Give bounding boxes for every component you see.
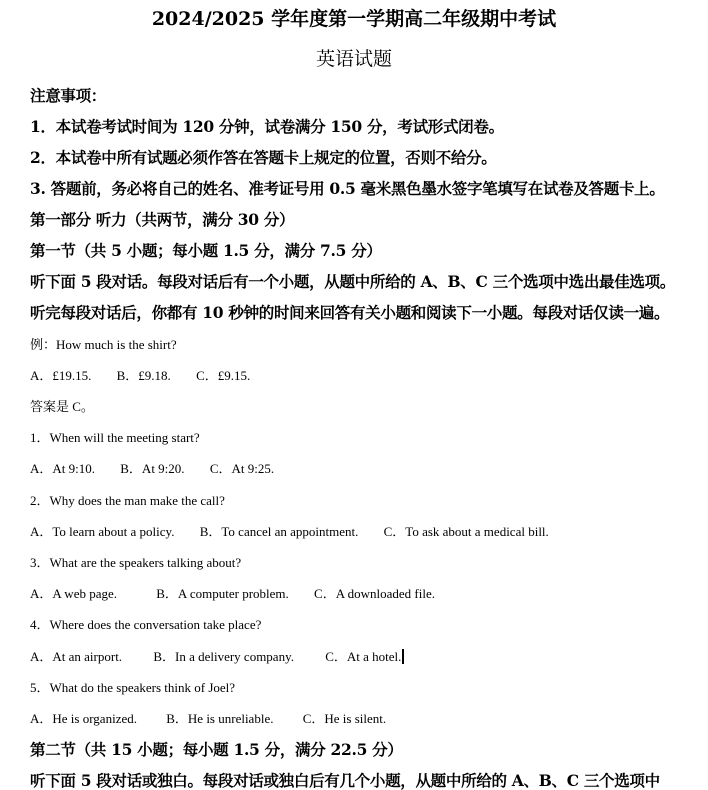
- option-a: A．A web page.: [30, 583, 117, 602]
- question-5-options: A．He is organized. B．He is unreliable. C…: [30, 708, 386, 727]
- option-b: B．A computer problem.: [156, 583, 289, 602]
- section2-heading: 第二节（共 15 小题；每小题 1.5 分，满分 22.5 分）: [30, 738, 403, 760]
- example-question: 例：How much is the shirt?: [30, 334, 177, 353]
- question-4: 4．Where does the conversation take place…: [30, 614, 261, 633]
- section2-instruction: 听下面 5 段对话或独白。每段对话或独白后有几个小题，从题中所给的 A、B、C …: [30, 769, 660, 790]
- notice-item-2: 2．本试卷中所有试题必须作答在答题卡上规定的位置，否则不给分。: [30, 146, 497, 168]
- option-a: A．To learn about a policy.: [30, 521, 174, 540]
- section1-instruction-1: 听下面 5 段对话。每段对话后有一个小题，从题中所给的 A、B、C 三个选项中选…: [30, 270, 675, 292]
- option-c: C．A downloaded file.: [314, 583, 435, 602]
- exam-title: 2024/2025 学年度第一学期高二年级期中考试: [0, 4, 708, 31]
- option-a: A．£19.15.: [30, 365, 91, 384]
- question-4-options: A．At an airport. B．In a delivery company…: [30, 646, 404, 665]
- option-c: C．At a hotel.: [325, 646, 401, 665]
- example-answer: 答案是 C。: [30, 396, 94, 415]
- option-a: A．At 9:10.: [30, 458, 95, 477]
- notice-item-3: 3. 答题前，务必将自己的姓名、准考证号用 0.5 毫米黑色墨水签字笔填写在试卷…: [30, 177, 665, 199]
- option-b: B．In a delivery company.: [153, 646, 294, 665]
- example-options: A．£19.15. B．£9.18. C．£9.15.: [30, 365, 250, 384]
- question-2: 2．Why does the man make the call?: [30, 490, 225, 509]
- section1-heading: 第一节（共 5 小题；每小题 1.5 分，满分 7.5 分）: [30, 239, 382, 261]
- text-cursor[interactable]: [402, 649, 404, 664]
- question-1-options: A．At 9:10. B．At 9:20. C．At 9:25.: [30, 458, 274, 477]
- option-c: C．To ask about a medical bill.: [384, 521, 549, 540]
- option-b: B．He is unreliable.: [166, 708, 273, 727]
- exam-subtitle: 英语试题: [0, 44, 708, 71]
- question-1: 1．When will the meeting start?: [30, 427, 200, 446]
- option-b: B．£9.18.: [117, 365, 171, 384]
- option-b: B．To cancel an appointment.: [200, 521, 359, 540]
- notice-heading: 注意事项：: [30, 84, 106, 106]
- option-b: B．At 9:20.: [120, 458, 184, 477]
- section1-instruction-2: 听完每段对话后，你都有 10 秒钟的时间来回答有关小题和阅读下一小题。每段对话仅…: [30, 301, 669, 323]
- question-3: 3．What are the speakers talking about?: [30, 552, 241, 571]
- option-a: A．At an airport.: [30, 646, 122, 665]
- option-c: C．He is silent.: [303, 708, 386, 727]
- question-5: 5．What do the speakers think of Joel?: [30, 677, 235, 696]
- option-c: C．At 9:25.: [210, 458, 274, 477]
- option-a: A．He is organized.: [30, 708, 137, 727]
- option-c: C．£9.15.: [196, 365, 250, 384]
- question-2-options: A．To learn about a policy. B．To cancel a…: [30, 521, 549, 540]
- part1-heading: 第一部分 听力（共两节，满分 30 分）: [30, 208, 294, 230]
- notice-item-1: 1．本试卷考试时间为 120 分钟，试卷满分 150 分，考试形式闭卷。: [30, 115, 504, 137]
- question-3-options: A．A web page. B．A computer problem. C．A …: [30, 583, 435, 602]
